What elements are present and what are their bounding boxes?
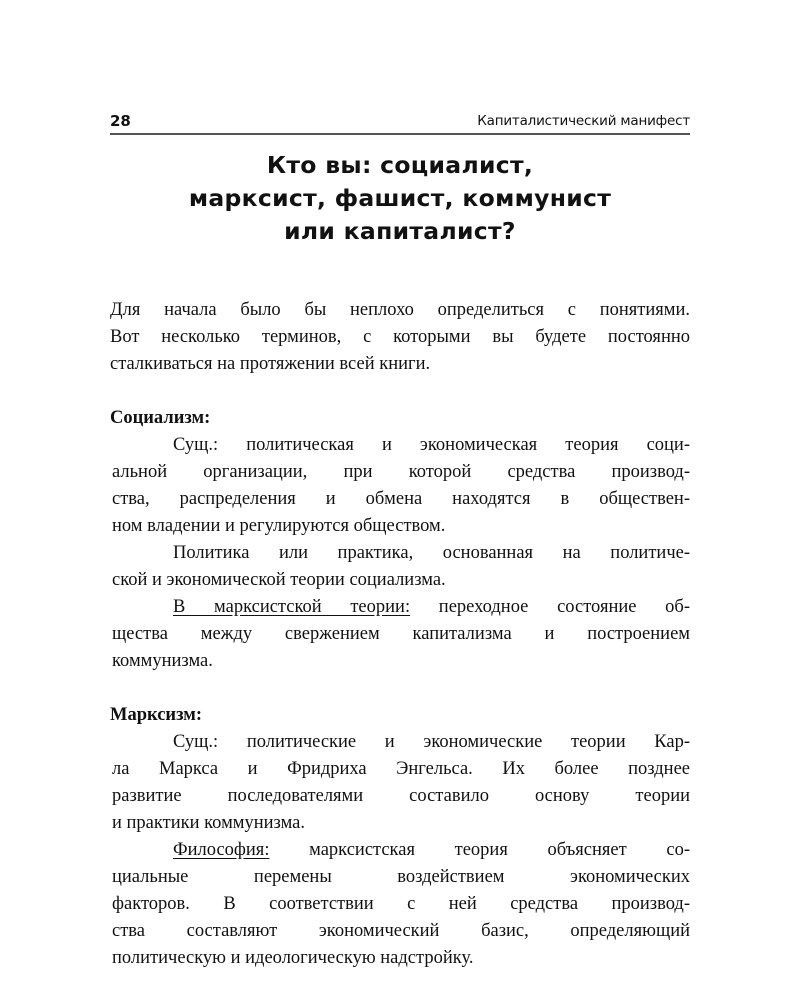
definition-paragraph: Сущ.: политическая и экономическая теори… [110,432,690,540]
text-line: ства, распределения и обмена находятся в… [110,486,690,513]
text-line: Сущ.: политическая и экономическая теори… [110,432,690,459]
text-line: сталкиваться на протяжении всей книги. [110,351,690,378]
text-line: Сущ.: политические и экономические теори… [110,729,690,756]
chapter-title-line: или капиталист? [110,215,690,248]
text-line: факторов. В соответствии с ней средства … [110,891,690,918]
chapter-title: Кто вы: социалист, марксист, фашист, ком… [110,149,690,248]
definition-socialism: Социализм: Сущ.: политическая и экономич… [110,405,690,675]
definition-marxism: Марксизм: Сущ.: политические и экономиче… [110,702,690,972]
text-line: Политика или практика, основанная на пол… [110,540,690,567]
subheading-label: В марксистской теории: [173,597,410,617]
text-line: Философия: марксистская теория объясняет… [110,837,690,864]
text-line: циальные перемены воздействием экономиче… [110,864,690,891]
running-header: 28 Капиталистический манифест [110,108,690,135]
text-line: развитие последователями составило основ… [110,783,690,810]
text-line: ства составляют экономический базис, опр… [110,918,690,945]
definition-paragraph: Философия: марксистская теория объясняет… [110,837,690,972]
page-number: 28 [110,112,131,130]
book-title: Капиталистический манифест [477,112,690,130]
text-line: и практики коммунизма. [110,810,690,837]
text-line: Вот несколько терминов, с которыми вы бу… [110,324,690,351]
definition-paragraph: В марксистской теории: переходное состоя… [110,594,690,675]
text-fragment: переходное состояние об- [410,597,690,617]
subheading-label: Философия: [173,840,269,860]
text-line: В марксистской теории: переходное состоя… [110,594,690,621]
text-line: ской и экономической теории социализма. [110,567,690,594]
text-line: Для начала было бы неплохо определиться … [110,297,690,324]
chapter-title-line: Кто вы: социалист, [110,149,690,182]
text-line: ном владении и регулируются обществом. [110,513,690,540]
definition-paragraph: Сущ.: политические и экономические теори… [110,729,690,837]
text-line: коммунизма. [110,648,690,675]
text-line: альной организации, при которой средства… [110,459,690,486]
chapter-title-line: марксист, фашист, коммунист [110,182,690,215]
book-page: 28 Капиталистический манифест Кто вы: со… [110,108,690,972]
text-line: политическую и идеологическую надстройку… [110,945,690,972]
definition-paragraph: Политика или практика, основанная на пол… [110,540,690,594]
text-fragment: марксистская теория объясняет со- [269,840,690,860]
intro-paragraph: Для начала было бы неплохо определиться … [110,297,690,378]
text-line: щества между свержением капитализма и по… [110,621,690,648]
term-heading: Социализм: [110,405,690,432]
text-line: ла Маркса и Фридриха Энгельса. Их более … [110,756,690,783]
term-heading: Марксизм: [110,702,690,729]
